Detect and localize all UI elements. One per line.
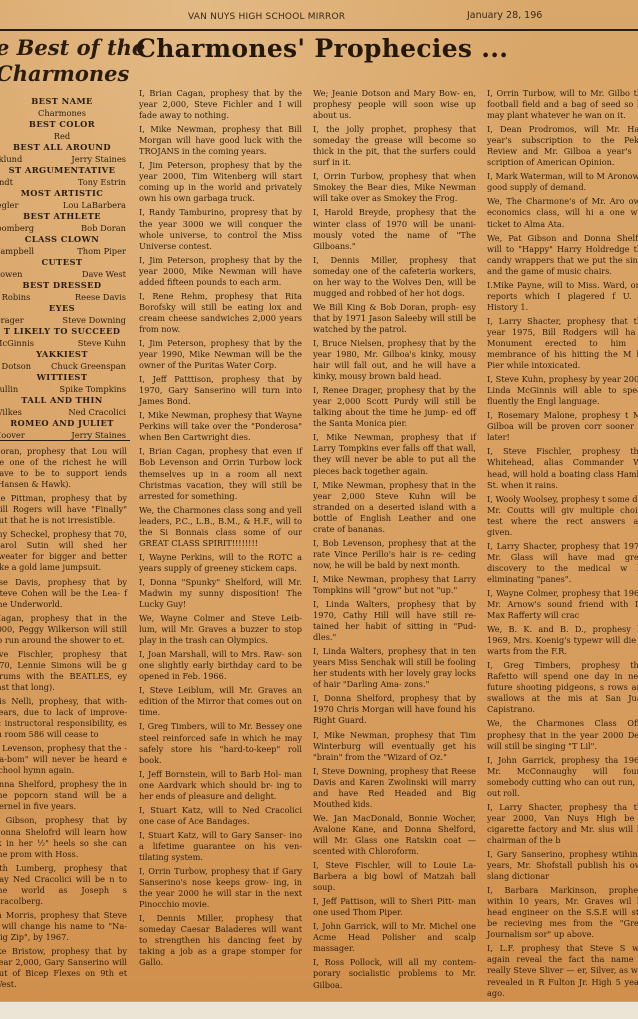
prophecy-paragraph: I, Brian Cagan, prophesy that by the yea… (139, 88, 302, 121)
prophecy-paragraph: I, Dennis Miller, prophesy that someday … (313, 255, 476, 299)
prophecy-paragraph: I, Mark Waterman, will to M Aronow a goo… (487, 171, 638, 193)
prophecy-paragraph: I, Wayne Colmer, prophesy that 1969, Mr.… (487, 588, 638, 621)
prophecy-paragraph: We, Pat Gibson and Donna Shelfor will to… (487, 233, 638, 277)
prophecy-paragraph: I, Larry Shacter, prophesy tha the year … (487, 802, 638, 846)
prophecy-paragraph: I, Rosemary Malone, prophesy t Mr. Gilbo… (487, 410, 638, 443)
award-winner-right: Dave West (82, 269, 126, 281)
prophecy-paragraph: We Bill King & Bob Doran, proph- esy tha… (313, 302, 476, 335)
awards-divider (0, 440, 130, 441)
award-winners: ieglerLou LaBarbera (0, 200, 130, 212)
prophecy-paragraph: I, Rene Rehm, prophesy that Rita Borofsk… (139, 291, 302, 335)
prophecy-paragraph: b Levenson, prophesy that the -ba-bom" w… (0, 743, 127, 776)
prophecy-paragraph: I, Stuart Katz, will to Gary Sanser- ino… (139, 830, 302, 863)
award-winners: e DotsonChuck Greenspan (0, 361, 130, 373)
prophecy-paragraph: We, the Charmones class song and yell le… (139, 505, 302, 549)
prophecy-paragraph: I, John Garrick, will to Mr. Michel one … (313, 921, 476, 954)
prophecy-paragraph: We, B. K. and B. D., prophesy by 1969, M… (487, 624, 638, 657)
issue-date: January 28, 196 (467, 10, 542, 21)
prophecy-paragraph: I, Mike Newman, prophesy that in the yea… (313, 480, 476, 535)
prophecy-paragraph: m Morris, prophesy that Steve r will cha… (0, 910, 127, 943)
prophecy-paragraph: I, Ross Pollock, will all my contem- por… (313, 957, 476, 990)
prophecy-paragraph: I, Barbara Markinson, prophesy within 10… (487, 885, 638, 940)
prophecy-paragraph: I, Steve Fischler, prophesy that Whitehe… (487, 446, 638, 490)
prophecy-paragraph: I, Randy Tamburino, propresy that by the… (139, 207, 302, 251)
award-winner: Red (0, 131, 130, 143)
prophecy-paragraph: I, Larry Shacter, prophesy that the year… (487, 316, 638, 371)
prophecy-paragraph: I.Mike Payne, will to Miss. Ward, oral r… (487, 280, 638, 313)
prophecy-paragraph: I, Mike Newman, prophesy that if Larry T… (313, 432, 476, 476)
prophecy-paragraph: I, John Garrick, prophesy tha 1969, Mr. … (487, 755, 638, 799)
prophecy-paragraph: I, Mike Newman, prophesy that Bill Morga… (139, 124, 302, 157)
prophecy-paragraph: I, Stuart Katz, will to Ned Cracolici on… (139, 805, 302, 827)
prophecy-paragraph: I, Jim Peterson, prophesy that by the ye… (139, 338, 302, 371)
prophecy-paragraph: I, Dean Prodromos, will Mr. Ham year's s… (487, 124, 638, 168)
award-winner-left: iegler (0, 200, 18, 212)
prophecy-paragraph: We; Jeanie Dotson and Mary Bow- en, prop… (313, 88, 476, 121)
award-title: ROMEO AND JULIET (0, 418, 130, 430)
prophecy-paragraph: I, Jim Peterson, prophesy that by the ye… (139, 255, 302, 288)
prophecy-paragraph: I, Orrin Turbow, prophesy that when Smok… (313, 171, 476, 204)
award-winners: cklundJerry Staines (0, 154, 130, 166)
award-winners: BowenDave West (0, 269, 130, 281)
award-title: BEST DRESSED (0, 280, 130, 292)
award-winner-left: Wilkes (0, 407, 22, 419)
award-winner-right: Chuck Greenspan (51, 361, 126, 373)
prophecy-paragraph: I, Donna "Spunky" Shelford, will Mr. Mad… (139, 577, 302, 610)
prophecy-paragraph: I, Wayne Perkins, will to the ROTC a yea… (139, 552, 302, 574)
award-winner-right: Jerry Staines (71, 154, 126, 166)
prophecy-paragraph: rie Pittman, prophesy that by Bill Roger… (0, 493, 127, 526)
prophecy-paragraph: I, Joan Marshall, will to Mrs. Raw- son … (139, 649, 302, 682)
prophecy-paragraph: I, Jeff Pattison, will to Sheri Pitt- ma… (313, 896, 476, 918)
prophecy-paragraph: We, Wayne Colmer and Steve Leib- lum, wi… (139, 613, 302, 646)
award-winner-right: Bob Doran (81, 223, 126, 235)
sidebar-title-line2: Charmones (0, 61, 145, 87)
prophecy-paragraph: uis Nelli, prophesy, that with- years, d… (0, 696, 127, 740)
award-winner-right: Lou LaBarbera (63, 200, 126, 212)
prophecy-paragraph: thy Scheckel, prophesy that 70, Carol Su… (0, 529, 127, 573)
award-winner-right: Tony Estrin (78, 177, 126, 189)
award-winners: andtTony Estrin (0, 177, 130, 189)
award-winners: WilkesNed Cracolici (0, 407, 130, 419)
award-title: T LIKELY TO SUCCEED (0, 326, 130, 338)
award-title: MOST ARTISTIC (0, 188, 130, 200)
prophecy-paragraph: Hagan, prophesy that in the ,000, Peggy … (0, 613, 127, 646)
masthead: VAN NUYS HIGH SCHOOL MIRROR January 28, … (0, 10, 638, 26)
award-winner-left: andt (0, 177, 13, 189)
award-title: WITTIEST (0, 372, 130, 384)
publication-name: VAN NUYS HIGH SCHOOL MIRROR (188, 12, 345, 22)
award-winner: Charmones (0, 108, 130, 120)
award-winners: loombergBob Doran (0, 223, 130, 235)
award-title: BEST COLOR (0, 119, 130, 131)
award-winner-left: McGinnis (0, 338, 34, 350)
prophecy-paragraph: I, Steve Kuhn, prophesy by year 2000, Li… (487, 374, 638, 407)
prophecy-paragraph: I, Donna Shelford, prophesy that by 1970… (313, 693, 476, 726)
prophecy-paragraph: I, Linda Walters, prophesy that by 1970,… (313, 599, 476, 643)
award-winners: McGinnisSteve Kuhn (0, 338, 130, 350)
article-column-3: We; Jeanie Dotson and Mary Bow- en, prop… (313, 88, 476, 994)
prophecy-paragraph: I, Orrin Turbow, prophesy that if Gary S… (139, 866, 302, 910)
award-winner-left: e Dotson (0, 361, 31, 373)
prophecy-paragraph: I, Jim Peterson, prophesy that by the ye… (139, 160, 302, 204)
prophecy-paragraph: I, the jolly prophet, prophesy that some… (313, 124, 476, 168)
prophecy-paragraph: I, Mike Newman, prophesy that Tim Winter… (313, 730, 476, 763)
prophecy-paragraph: eve Fischler, prophesy that 970, Lennie … (0, 649, 127, 693)
prophecy-paragraph: I, Larry Shacter, prophesy that 1970, Mr… (487, 541, 638, 585)
article-column-4: I, Orrin Turbow, will to Mr. Gilbo the f… (487, 88, 638, 1002)
prophecy-paragraph: ike Bristow, prophesy that by year 2,000… (0, 946, 127, 990)
award-winner-left: cklund (0, 154, 22, 166)
prophecy-paragraph: I, Mike Newman, prophesy that Wayne Perk… (139, 410, 302, 443)
award-title: TALL AND THIN (0, 395, 130, 407)
prophecy-paragraph: We, The Charmone's of Mr. Aro ow's econo… (487, 196, 638, 229)
prophecy-paragraph: ese Davis, prophesy that by Steve Cohen … (0, 577, 127, 610)
prophecy-paragraph: I, Greg Timbers, will to Mr. Bessey one … (139, 721, 302, 765)
award-winner-right: Steve Downing (62, 315, 126, 327)
prophecy-paragraph: onna Shelford, prophesy the in the popco… (0, 779, 127, 812)
sidebar-title-line1: e Best of the (0, 35, 145, 60)
award-winners: a RobinsReese Davis (0, 292, 130, 304)
prophecy-paragraph: I, Renee Drager, prophesy that by the ye… (313, 385, 476, 429)
prophecy-paragraph: I, Bob Levenson, prophesy that at the ra… (313, 538, 476, 571)
prophecy-paragraph: I, Wooly Woolsey, prophesy t some day Mr… (487, 494, 638, 538)
prophecy-paragraph: I, Steve Leiblum, will Mr. Graves an edi… (139, 685, 302, 718)
award-title: EYES (0, 303, 130, 315)
prophecy-paragraph: I, Steve Fischler, will to Louie La- Bar… (313, 860, 476, 893)
prophecy-paragraph: uth Lumberg, prophesy that day Ned Craco… (0, 863, 127, 907)
prophecy-paragraph: I, Mike Newman, prophesy that Larry Tomp… (313, 574, 476, 596)
award-winner-right: Steve Kuhn (78, 338, 126, 350)
prophecy-paragraph: I, Dennis Miller, prophesy that someday … (139, 913, 302, 968)
award-winner-left: Drager (0, 315, 24, 327)
prophecy-paragraph: I, Gary Sanserino, prophesy wtihin 5 yea… (487, 849, 638, 882)
prophecy-paragraph: We, the Charmones Class Offic prophesy t… (487, 718, 638, 751)
award-winner-right: Thom Piper (77, 246, 126, 258)
award-title: BEST NAME (0, 96, 130, 108)
award-title: CUTEST (0, 257, 130, 269)
award-winner-right: Ned Cracolici (68, 407, 126, 419)
prophecy-paragraph: I, Brian Cagan, prophesy that even if Bo… (139, 446, 302, 501)
prophecy-paragraph: I, Jeff Bornstein, will to Barb Hol- man… (139, 769, 302, 802)
prophecy-paragraph: I, L.F. prophesy that Steve S will again… (487, 943, 638, 998)
prophecy-paragraph: I, Jeff Patttison, prophesy that by 1970… (139, 374, 302, 407)
award-title: CLASS CLOWN (0, 234, 130, 246)
award-winner-left: a Robins (0, 292, 30, 304)
prophecy-paragraph: t Gibson, prophesy that by Donna Shelofr… (0, 815, 127, 859)
award-title: ST ARGUMENTATIVE (0, 165, 130, 177)
article-column-2: I, Brian Cagan, prophesy that by the yea… (139, 88, 302, 971)
award-winners: CampbellThom Piper (0, 246, 130, 258)
award-winner-right: Reese Davis (75, 292, 126, 304)
prophecy-paragraph: We. Jan MacDonald, Bonnie Wocher, Avalon… (313, 813, 476, 857)
article-column-1: Doran, prophesy that Lou will be one of … (0, 446, 127, 993)
award-winner-left: Campbell (0, 246, 34, 258)
prophecy-paragraph: I, Steve Downing, prophesy that Reese Da… (313, 766, 476, 810)
prophecy-paragraph: I, Harold Breyde, prophesy that the wint… (313, 207, 476, 251)
article-headline: Charmones' Prophecies ... (136, 34, 508, 63)
award-winner-left: Pullin (0, 384, 18, 396)
masthead-rule (0, 29, 638, 31)
award-winner-left: Bowen (0, 269, 22, 281)
award-title: BEST ATHLETE (0, 211, 130, 223)
prophecy-paragraph: I, Linda Walters, prophesy that in ten y… (313, 646, 476, 690)
award-title: YAKKIEST (0, 349, 130, 361)
prophecy-paragraph: Doran, prophesy that Lou will be one of … (0, 446, 127, 490)
award-winners: DragerSteve Downing (0, 315, 130, 327)
prophecy-paragraph: I, Bruce Nielsen, prophesy that by the y… (313, 338, 476, 382)
sidebar-title: e Best of the Charmones (0, 35, 145, 87)
scan-background (0, 1001, 638, 1019)
award-winners: PullinSpike Tompkins (0, 384, 130, 396)
awards-list: BEST NAMECharmonesBEST COLORRedBEST ALL … (0, 96, 130, 441)
prophecy-paragraph: I, Greg Timbers, prophesy that Rafetto w… (487, 660, 638, 715)
award-winner-left: loomberg (0, 223, 34, 235)
award-title: BEST ALL AROUND (0, 142, 130, 154)
prophecy-paragraph: I, Orrin Turbow, will to Mr. Gilbo the f… (487, 88, 638, 121)
award-winner-right: Spike Tompkins (59, 384, 126, 396)
